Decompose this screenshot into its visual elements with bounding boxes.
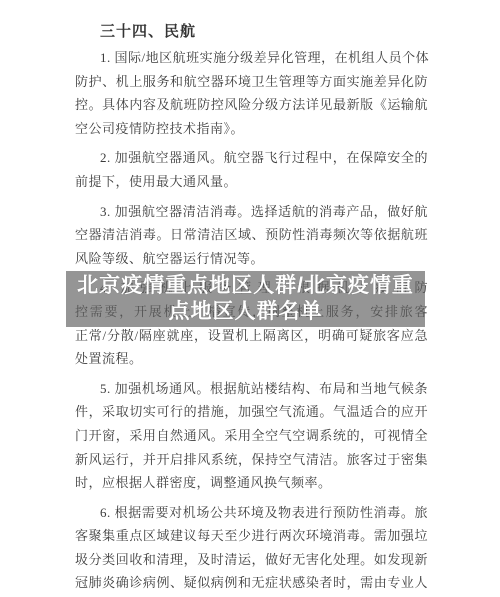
document-line: 空公司疫情防控技术指南》。 (75, 117, 428, 141)
paragraph: 1. 国际/地区航班实施分级差异化管理，在机组人员个体防护、机上服务和航空器环境… (75, 46, 428, 140)
document-line: 门开窗，采用自然通风。采用全空气空调系统的，可视情全 (75, 424, 428, 448)
document-line: 空器清洁消毒。日常清洁区域、预防性消毒频次等依据航班 (75, 223, 428, 247)
paragraph: 2. 加强航空器通风。航空器飞行过程中，在保障安全的前提下，使用最大通风量。 (75, 146, 428, 193)
paragraph: 3. 加强航空器清洁消毒。选择适航的消毒产品，做好航空器清洁消毒。日常清洁区域、… (75, 200, 428, 271)
watermark-banner: 北京疫情重点地区人群/北京疫情重 点地区人群名单 (66, 271, 425, 327)
document-line: 冠肺炎确诊病例、疑似病例和无症状感染者时，需由专业人 (75, 571, 428, 595)
document-line: 控。具体内容及航班防控风险分级方法详见最新版《运输航 (75, 93, 428, 117)
paragraph: 6. 根据需要对机场公共环境及物表进行预防性消毒。旅客聚集重点区域建议每天至少进… (75, 501, 428, 595)
document-line: 3. 加强航空器清洁消毒。选择适航的消毒产品，做好航 (75, 200, 428, 224)
document-line: 件，采取切实可行的措施，加强空气流通。气温适合的应开 (75, 400, 428, 424)
document-line: 新风运行，并开启排风系统，保持空气清洁。旅客过于密集 (75, 448, 428, 472)
document-line: 前提下，使用最大通风量。 (75, 170, 428, 194)
document-line: 5. 加强机场通风。根据航站楼结构、布局和当地气候条 (75, 377, 428, 401)
watermark-text-line-2: 点地区人群名单 (66, 299, 425, 325)
document-line: 风险等级、航空器运行情况等。 (75, 247, 428, 271)
document-line: 时，应根据人群密度，调整通风换气频率。 (75, 471, 428, 495)
document-line: 防护、机上服务和航空器环境卫生管理等方面实施差异化防 (75, 70, 428, 94)
document-line: 圾分类回收和清理，及时清运，做好无害化处理。如发现新 (75, 548, 428, 572)
section-heading: 三十四、民航 (100, 20, 196, 41)
document-line: 6. 根据需要对机场公共环境及物表进行预防性消毒。旅 (75, 501, 428, 525)
document-line: 正常/分散/隔座就座，设置机上隔离区，明确可疑旅客应急 (75, 324, 428, 348)
watermark-text-line-1: 北京疫情重点地区人群/北京疫情重 (66, 273, 425, 299)
document-line: 2. 加强航空器通风。航空器飞行过程中，在保障安全的 (75, 146, 428, 170)
paragraph: 5. 加强机场通风。根据航站楼结构、布局和当地气候条件，采取切实可行的措施，加强… (75, 377, 428, 495)
document-line: 客聚集重点区域建议每天至少进行两次环境消毒。需加强垃 (75, 524, 428, 548)
document-line: 处置流程。 (75, 347, 428, 371)
document-line: 1. 国际/地区航班实施分级差异化管理，在机组人员个体 (75, 46, 428, 70)
document-page: 三十四、民航 1. 国际/地区航班实施分级差异化管理，在机组人员个体防护、机上服… (0, 0, 500, 597)
